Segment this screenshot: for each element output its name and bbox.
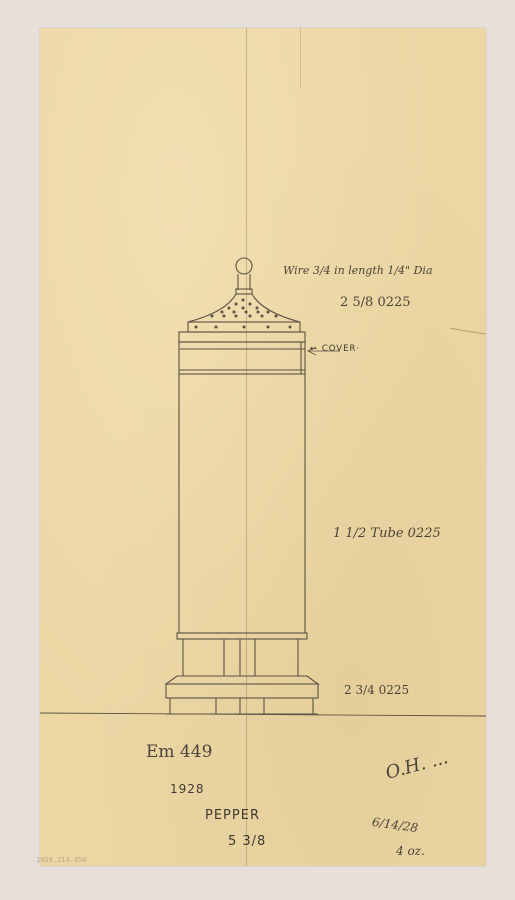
item-name: PEPPER bbox=[205, 808, 260, 823]
cover-label: ← COVER· bbox=[310, 344, 360, 354]
finial-ball bbox=[236, 258, 252, 274]
weight: 4 oz. bbox=[396, 844, 425, 858]
height-dimension: 5 3/8 bbox=[228, 834, 266, 849]
cover-dimension: 2 5/8 0225 bbox=[340, 295, 411, 310]
year: 1928 bbox=[170, 782, 205, 796]
archive-number: 1928.214.450 bbox=[36, 856, 87, 864]
tube-note: 1 1/2 Tube 0225 bbox=[333, 526, 441, 541]
wire-note: Wire 3/4 in length 1/4" Dia bbox=[283, 264, 433, 277]
model-number: Em 449 bbox=[146, 742, 212, 762]
base-dimension: 2 3/4 0225 bbox=[344, 683, 409, 697]
